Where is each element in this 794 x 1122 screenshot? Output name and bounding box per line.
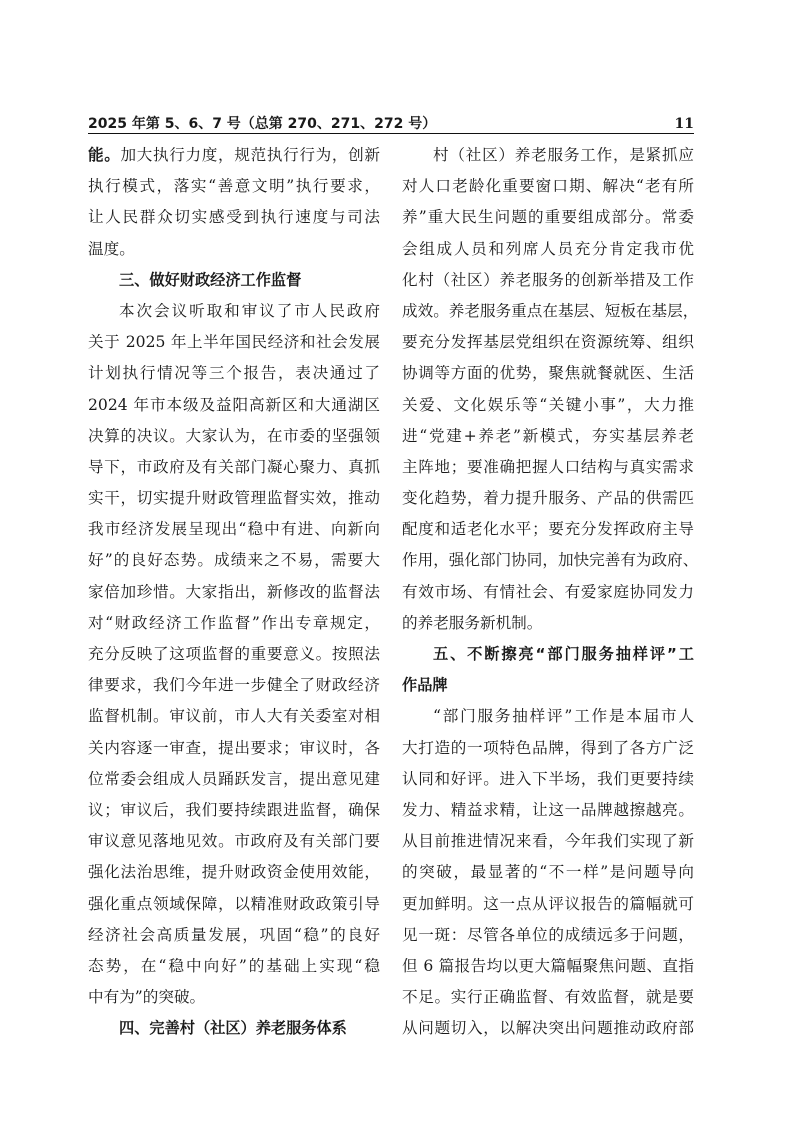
paragraph-line: 监督机制。审议前，市人大有关委室对相 xyxy=(88,701,380,732)
paragraph-line: 决算的决议。大家认为，在市委的坚强领 xyxy=(88,421,380,452)
paragraph-line: 本次会议听取和审议了市人民政府 xyxy=(88,296,380,327)
paragraph-line: 关爱、文化娱乐等“关键小事”，大力推 xyxy=(402,390,694,421)
paragraph-line: 从目前推进情况来看，今年我们实现了新 xyxy=(402,826,694,857)
paragraph-line: 让人民群众切实感受到执行速度与司法 xyxy=(88,202,380,233)
issue-label: 2025 年第 5、6、7 号（总第 270、271、272 号） xyxy=(88,116,436,132)
paragraph-line: 更加鲜明。这一点从评议报告的篇幅就可 xyxy=(402,889,694,920)
paragraph-line: 对人口老龄化重要窗口期、解决“老有所 xyxy=(402,171,694,202)
paragraph-line: 态势，在“稳中向好”的基础上实现“稳 xyxy=(88,951,380,982)
section-heading-5-cont: 作品牌 xyxy=(402,670,694,701)
paragraph-line: 温度。 xyxy=(88,234,380,265)
paragraph-line: 计划执行情况等三个报告，表决通过了 xyxy=(88,358,380,389)
right-column: 村（社区）养老服务工作，是紧抓应 对人口老龄化重要窗口期、解决“老有所 养”重大… xyxy=(402,140,694,1044)
running-header: 2025 年第 5、6、7 号（总第 270、271、272 号） 11 xyxy=(88,114,694,134)
paragraph-line: 议；审议后，我们要持续跟进监督，确保 xyxy=(88,795,380,826)
paragraph-line: 从问题切入，以解决突出问题推动政府部 xyxy=(402,1013,694,1044)
paragraph-line: 中有为”的突破。 xyxy=(88,982,380,1013)
paragraph-line: 村（社区）养老服务工作，是紧抓应 xyxy=(402,140,694,171)
paragraph-line: 强化法治思维，提升财政资金使用效能， xyxy=(88,857,380,888)
section-heading-5: 五、不断擦亮“部门服务抽样评”工 xyxy=(402,639,694,670)
paragraph-line: 审议意见落地见效。市政府及有关部门要 xyxy=(88,826,380,857)
paragraph-line: 不足。实行正确监督、有效监督，就是要 xyxy=(402,982,694,1013)
paragraph-line: 发力、精益求精，让这一品牌越擦越亮。 xyxy=(402,795,694,826)
paragraph-line: 我市经济发展呈现出“稳中有进、向新向 xyxy=(88,514,380,545)
paragraph-line: “部门服务抽样评”工作是本届市人 xyxy=(402,701,694,732)
paragraph-line: 充分反映了这项监督的重要意义。按照法 xyxy=(88,639,380,670)
paragraph-line: 要充分发挥基层党组织在资源统筹、组织 xyxy=(402,327,694,358)
paragraph-line: 好”的良好态势。成绩来之不易，需要大 xyxy=(88,545,380,576)
paragraph-line: 经济社会高质量发展，巩固“稳”的良好 xyxy=(88,920,380,951)
paragraph-line: 协调等方面的优势，聚焦就餐就医、生活 xyxy=(402,358,694,389)
paragraph-line: 强化重点领域保障，以精准财政政策引导 xyxy=(88,889,380,920)
paragraph-line: 对“财政经济工作监督”作出专章规定， xyxy=(88,608,380,639)
paragraph-line: 能。加大执行力度，规范执行行为，创新 xyxy=(88,140,380,171)
paragraph-line: 作用，强化部门协同，加快完善有为政府、 xyxy=(402,545,694,576)
paragraph-line: 家倍加珍惜。大家指出，新修改的监督法 xyxy=(88,577,380,608)
paragraph-line: 见一斑：尽管各单位的成绩远多于问题， xyxy=(402,920,694,951)
paragraph-line: 化村（社区）养老服务的创新举措及工作 xyxy=(402,265,694,296)
paragraph-line: 但 6 篇报告均以更大篇幅聚焦问题、直指 xyxy=(402,951,694,982)
paragraph-line: 主阵地；要准确把握人口结构与真实需求 xyxy=(402,452,694,483)
paragraph-line: 导下，市政府及有关部门凝心聚力、真抓 xyxy=(88,452,380,483)
section-heading-4: 四、完善村（社区）养老服务体系 xyxy=(88,1013,380,1044)
bold-lead-text: 能。 xyxy=(88,146,121,164)
paragraph-line: 进“党建+养老”新模式，夯实基层养老 xyxy=(402,421,694,452)
paragraph-line: 律要求，我们今年进一步健全了财政经济 xyxy=(88,670,380,701)
paragraph-line: 2024 年市本级及益阳高新区和大通湖区 xyxy=(88,390,380,421)
paragraph-line: 配度和适老化水平；要充分发挥政府主导 xyxy=(402,514,694,545)
section-heading-3: 三、做好财政经济工作监督 xyxy=(88,265,380,296)
paragraph-line: 养”重大民生问题的重要组成部分。常委 xyxy=(402,202,694,233)
paragraph-line: 执行模式，落实“善意文明”执行要求， xyxy=(88,171,380,202)
paragraph-line: 有效市场、有情社会、有爱家庭协同发力 xyxy=(402,577,694,608)
paragraph-line: 关内容逐一审查，提出要求；审议时，各 xyxy=(88,733,380,764)
paragraph-line: 会组成人员和列席人员充分肯定我市优 xyxy=(402,234,694,265)
paragraph-line: 位常委会组成人员踊跃发言，提出意见建 xyxy=(88,764,380,795)
left-column: 能。加大执行力度，规范执行行为，创新 执行模式，落实“善意文明”执行要求， 让人… xyxy=(88,140,380,1044)
paragraph-line: 的突破，最显著的“不一样”是问题导向 xyxy=(402,857,694,888)
page-number: 11 xyxy=(675,116,694,132)
paragraph-line: 认同和好评。进入下半场，我们更要持续 xyxy=(402,764,694,795)
paragraph-line: 实干，切实提升财政管理监督实效，推动 xyxy=(88,483,380,514)
paragraph-line: 成效。养老服务重点在基层、短板在基层， xyxy=(402,296,694,327)
paragraph-line: 关于 2025 年上半年国民经济和社会发展 xyxy=(88,327,380,358)
paragraph-line: 变化趋势，着力提升服务、产品的供需匹 xyxy=(402,483,694,514)
paragraph-line: 大打造的一项特色品牌，得到了各方广泛 xyxy=(402,733,694,764)
paragraph-line: 的养老服务新机制。 xyxy=(402,608,694,639)
